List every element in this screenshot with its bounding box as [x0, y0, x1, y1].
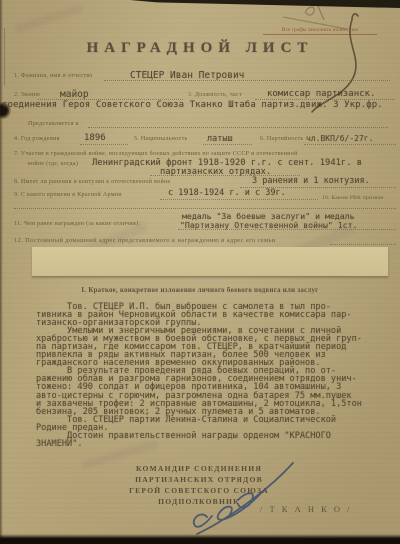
signer-title-line: ПАРТИЗАНСКИХ ОТРЯДОВ — [128, 474, 270, 485]
dotted-rule — [160, 199, 318, 200]
field-10-label: 10. Каким РВК призван — [322, 195, 384, 201]
redacted-address-block — [32, 247, 388, 277]
paper-crease — [4, 28, 5, 86]
dotted-rule — [104, 80, 390, 81]
field-11-label: 11. Чем ранее награжден (за какие отличи… — [14, 221, 140, 227]
scan-top-edge — [130, 0, 400, 8]
pencil-mark — [305, 6, 324, 20]
field-12-label: 12. Постоянный домашний адрес представля… — [14, 237, 276, 244]
dotted-rule — [80, 144, 128, 145]
watermark-smudge — [14, 3, 83, 33]
signer-title-line: ГЕРОЙ СОВЕТСКОГО СОЮЗА — [128, 485, 270, 496]
scan-bottom-edge — [0, 534, 400, 544]
signer-title-line: ПОДПОЛКОВНИК — [128, 496, 270, 507]
field-2-label: 2. Звание — [14, 92, 40, 98]
dotted-rule — [330, 244, 396, 245]
field-3-value-unit: соединения Героя Советского Союза Тканко… — [2, 100, 383, 110]
field-9-value-service: с 1918-1924 г. и с 39г. — [168, 188, 286, 198]
field-6-label: 6. Партийность — [260, 136, 304, 142]
dotted-rule — [304, 144, 396, 145]
dotted-rule — [88, 127, 388, 128]
field-8-value-wounds: 3 ранения и 1 контузия. — [252, 176, 370, 186]
dotted-rule — [14, 208, 396, 209]
feat-description-text: Тов. СТЕЦЕР И.П. был выброшен с самолета… — [36, 303, 362, 448]
body-line: ЗНАМЕНИ". — [36, 440, 362, 448]
field-4-label: 4. Год рождения — [14, 136, 60, 142]
field-4-value-birth-year: 1896 — [84, 133, 106, 143]
scan-left-edge — [0, 0, 3, 544]
field-5-label: 5. Национальность — [134, 136, 188, 142]
dotted-rule — [203, 144, 252, 145]
award-sheet-scan: Все графы заполнять полностью НАГРАДНОЙ … — [0, 0, 400, 544]
field-3-value-position: комиссар партизанск. — [267, 89, 375, 99]
signer-title-line: КОМАНДИР СОЕДИНЕНИЯ — [128, 463, 270, 474]
signer-title-block: КОМАНДИР СОЕДИНЕНИЯ ПАРТИЗАНСКИХ ОТРЯДОВ… — [128, 463, 270, 507]
document-title: НАГРАДНОЙ ЛИСТ — [0, 40, 400, 57]
field-8-label: 8. Имеет ли ранения и контузии в отечест… — [14, 179, 170, 185]
field-9-label: 9. С какого времени в Красной Армии — [14, 192, 122, 198]
signer-name: / Т К А Н К О / — [260, 504, 352, 514]
field-1-label: 1. Фамилия, имя и отчество — [14, 73, 93, 79]
field-5-value-nationality: латыш — [207, 134, 233, 144]
body-line: Достоин правительственной награды ордено… — [36, 432, 362, 440]
feat-section-heading: I. Краткое, конкретное изложение личного… — [0, 287, 400, 294]
dotted-rule — [178, 229, 396, 230]
field-7-label-line2: войне (где, когда) — [28, 161, 78, 167]
field-3-label: 3. Должность, част — [188, 92, 242, 98]
fill-all-fields-note: Все графы заполнять полностью — [263, 27, 377, 35]
field-6-value-party: чл.ВКП/б/-27г. — [306, 134, 373, 143]
presented-for-label: Представляется к — [28, 120, 79, 127]
field-7-label-line1: 7. Участие в гражданской войне, последую… — [14, 151, 298, 157]
